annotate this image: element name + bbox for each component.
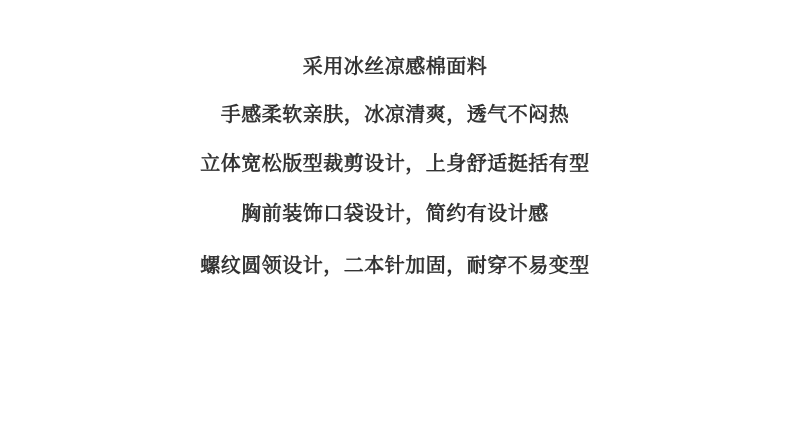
- feature-pocket: 胸前装饰口袋设计，简约有设计感: [0, 200, 790, 226]
- product-feature-panel: 采用冰丝凉感棉面料 手感柔软亲肤，冰凉清爽，透气不闷热 立体宽松版型裁剪设计，上…: [0, 0, 790, 436]
- feature-fabric: 采用冰丝凉感棉面料: [0, 53, 790, 79]
- feature-fit: 立体宽松版型裁剪设计，上身舒适挺括有型: [0, 150, 790, 176]
- feature-collar: 螺纹圆领设计，二本针加固，耐穿不易变型: [0, 252, 790, 278]
- feature-feel: 手感柔软亲肤，冰凉清爽，透气不闷热: [0, 101, 790, 127]
